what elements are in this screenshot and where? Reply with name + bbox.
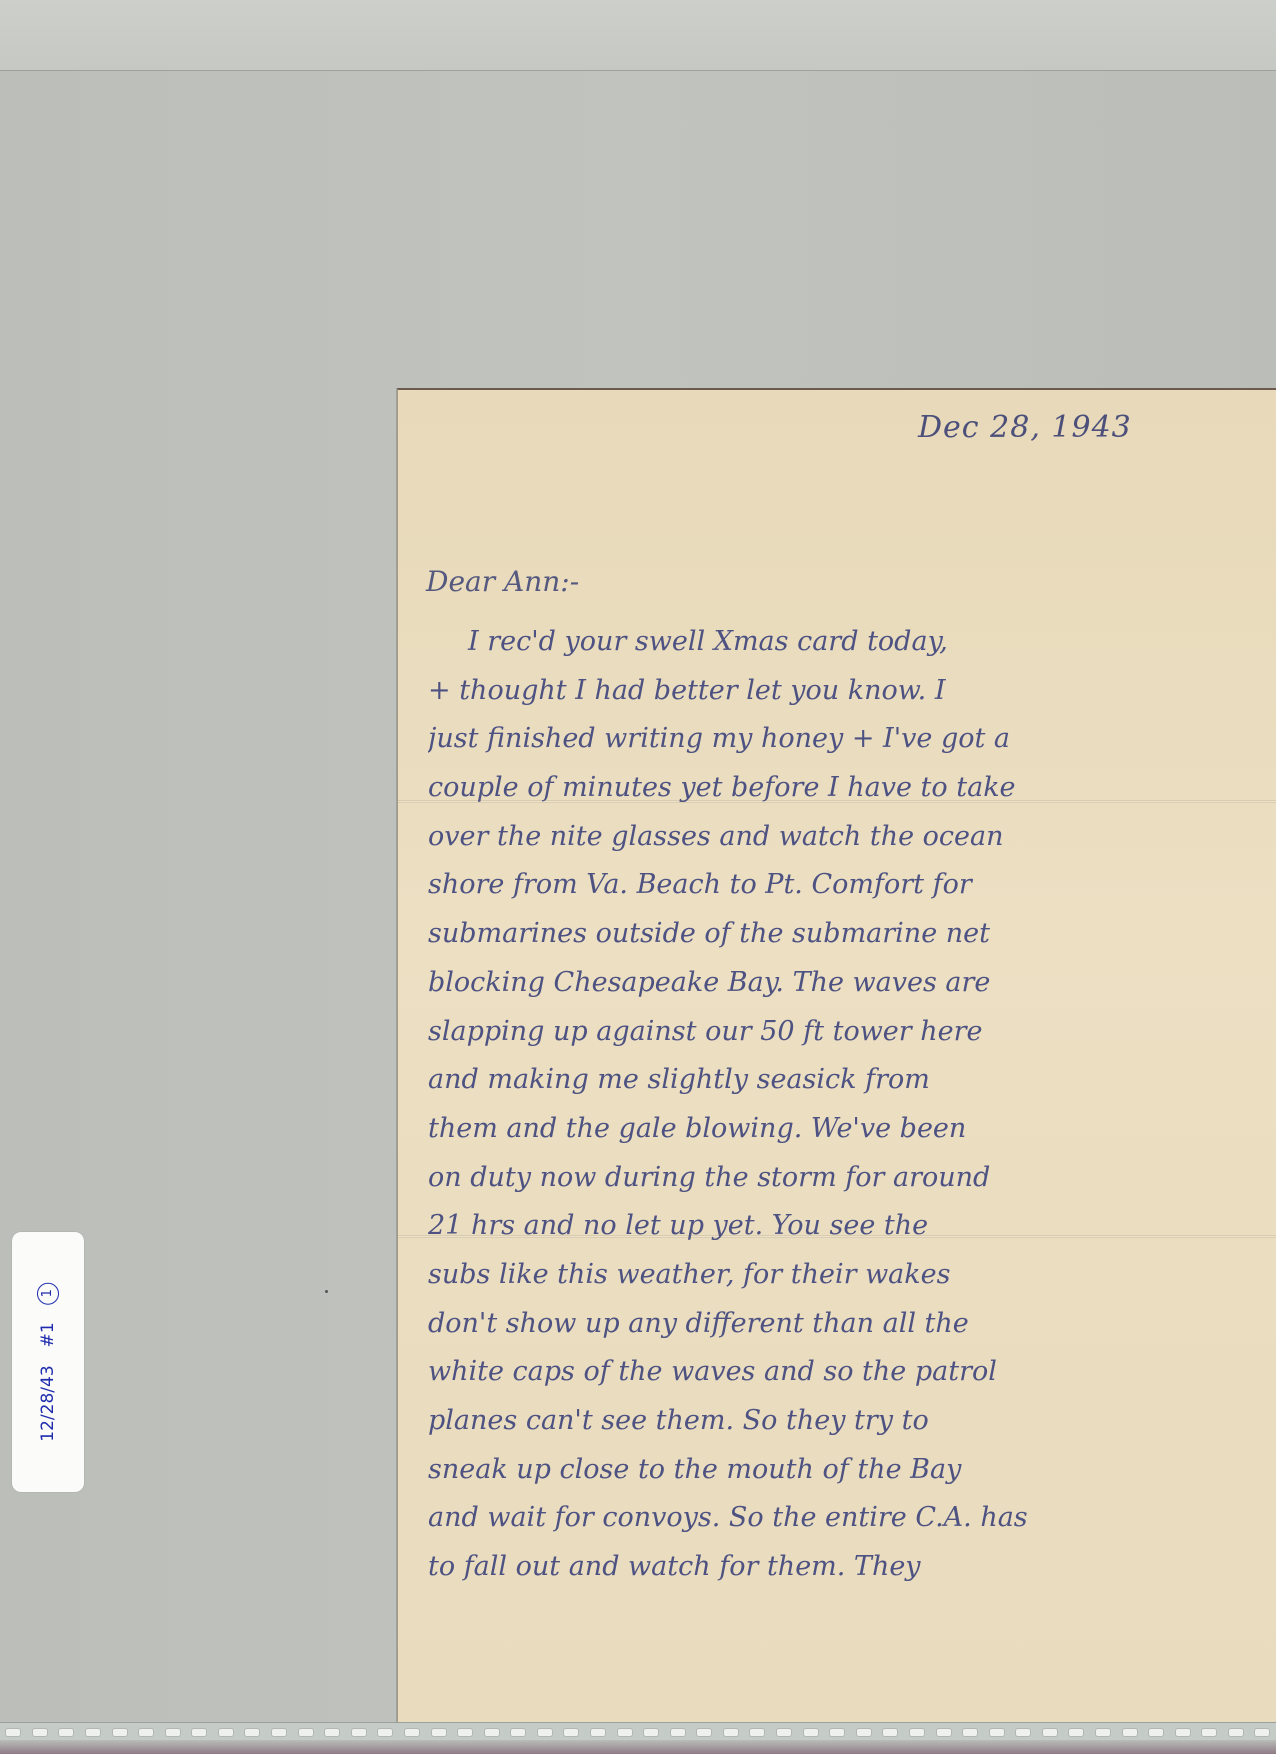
sleeve-bottom-edge [0, 1740, 1276, 1754]
archive-label-date: 12/28/43 [38, 1365, 58, 1441]
letter-line: white caps of the waves and so the patro… [428, 1348, 1268, 1397]
letter-line: sneak up close to the mouth of the Bay [428, 1446, 1268, 1495]
letter-line: planes can't see them. So they try to [428, 1397, 1268, 1446]
letter-body: I rec'd your swell Xmas card today, + th… [428, 618, 1268, 1592]
dust-speck [325, 1290, 328, 1293]
archive-label-text: 12/28/43 #1 1 [37, 1282, 59, 1441]
letter-line: I rec'd your swell Xmas card today, [428, 618, 1268, 667]
letter-line: 21 hrs and no let up yet. You see the [428, 1202, 1268, 1251]
letter-salutation: Dear Ann:- [426, 565, 579, 598]
letter-date: Dec 28, 1943 [918, 410, 1132, 445]
letter-line: subs like this weather, for their wakes [428, 1251, 1268, 1300]
letter-line: and making me slightly seasick from [428, 1056, 1268, 1105]
letter-line: shore from Va. Beach to Pt. Comfort for [428, 861, 1268, 910]
letter-line: on duty now during the storm for around [428, 1154, 1268, 1203]
letter-line: just finished writing my honey + I've go… [428, 715, 1268, 764]
letter-line: couple of minutes yet before I have to t… [428, 764, 1268, 813]
letter-line: slapping up against our 50 ft tower here [428, 1008, 1268, 1057]
letter-line: over the nite glasses and watch the ocea… [428, 813, 1268, 862]
letter-line: don't show up any different than all the [428, 1300, 1268, 1349]
sleeve-binder-perforations [0, 1722, 1276, 1741]
scanner-lid-edge [0, 0, 1276, 71]
letter-line: to fall out and watch for them. They [428, 1543, 1268, 1592]
letter-line: and wait for convoys. So the entire C.A.… [428, 1494, 1268, 1543]
archive-label-number: #1 [38, 1322, 58, 1347]
archive-label: 12/28/43 #1 1 [12, 1232, 84, 1492]
circled-page-number-icon: 1 [37, 1282, 59, 1304]
letter-line: submarines outside of the submarine net [428, 910, 1268, 959]
letter-line: them and the gale blowing. We've been [428, 1105, 1268, 1154]
letter-page: Dec 28, 1943 Dear Ann:- I rec'd your swe… [397, 388, 1276, 1722]
letter-line: + thought I had better let you know. I [428, 667, 1268, 716]
letter-line: blocking Chesapeake Bay. The waves are [428, 959, 1268, 1008]
